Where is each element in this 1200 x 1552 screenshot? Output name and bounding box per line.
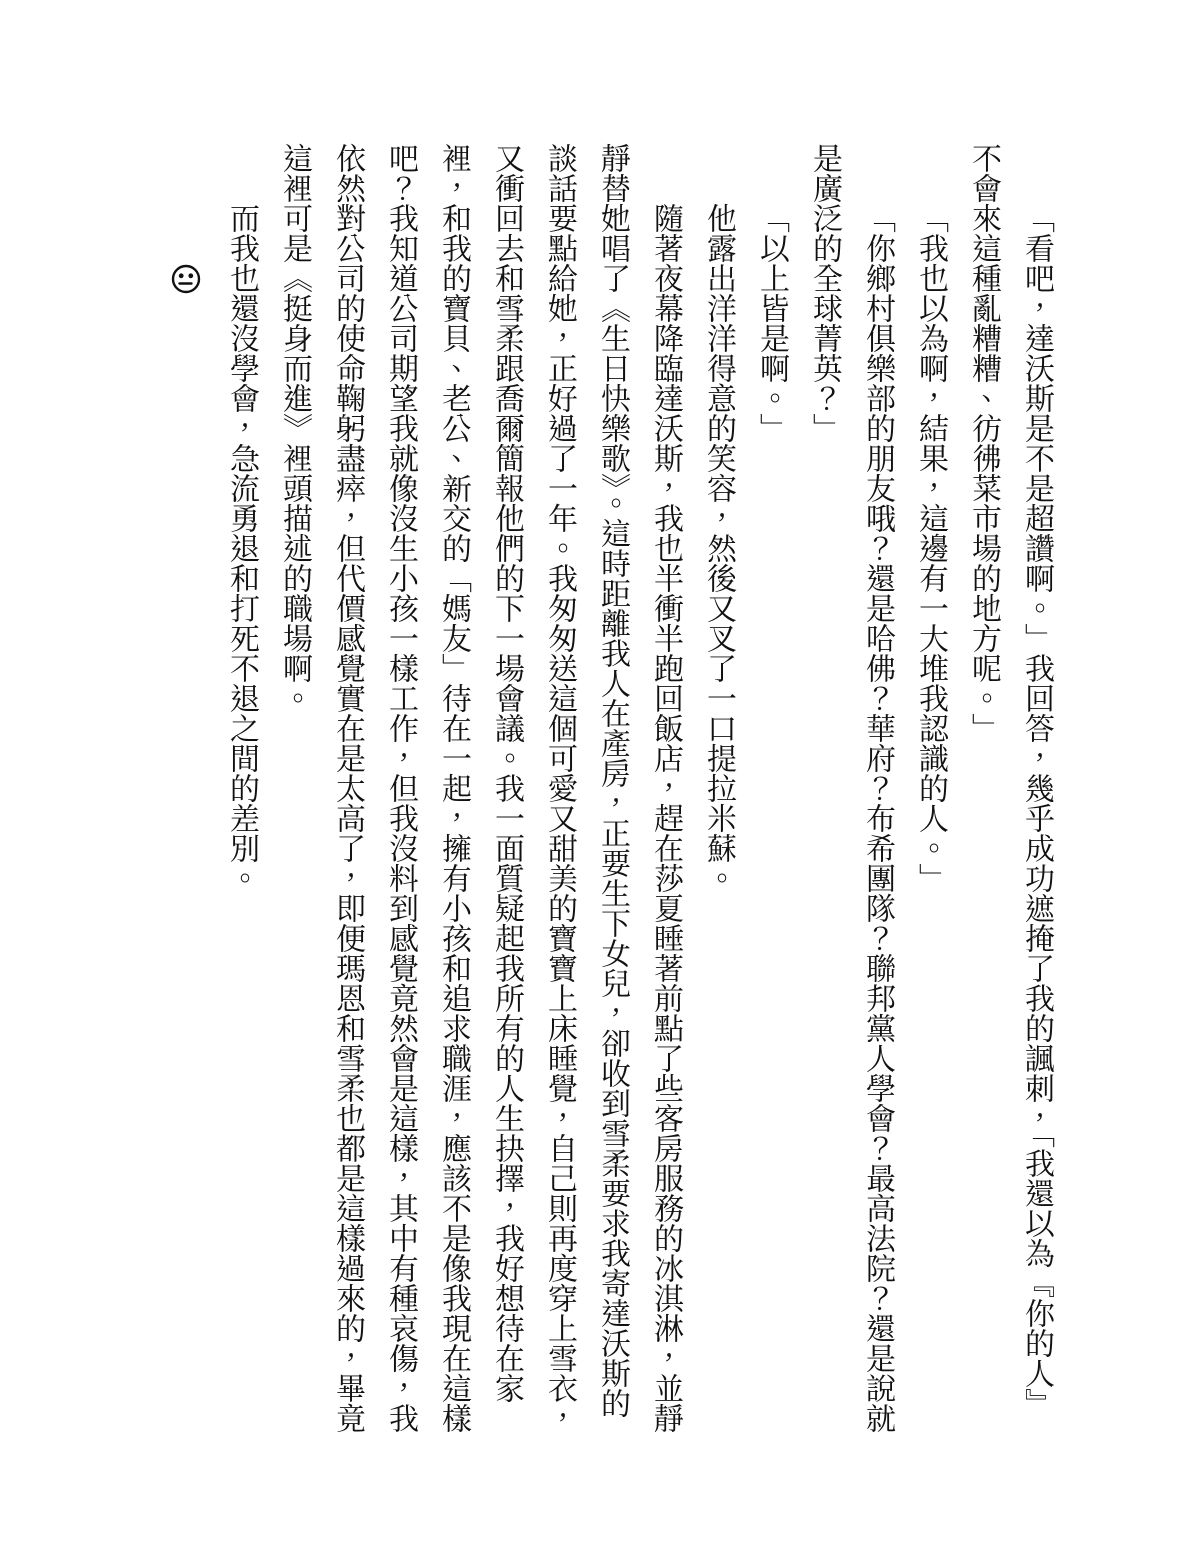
page-text-block: 「看吧，達沃斯是不是超讚啊。」我回答，幾乎成功遮掩了我的諷刺，「我還以為『你的人… xyxy=(162,143,1063,1438)
neutral-face-emoji-icon xyxy=(181,203,213,235)
paragraph-7: 而我也還沒學會，急流勇退和打死不退之間的差別。 xyxy=(215,143,268,1438)
paragraph-2: 「我也以為啊，結果，這邊有一大堆我認識的人。」 xyxy=(904,143,957,1438)
paragraph-4: 「以上皆是啊。」 xyxy=(745,143,798,1438)
paragraph-5: 他露出洋洋得意的笑容，然後又叉了一口提拉米蘇。 xyxy=(692,143,745,1438)
paragraph-3: 「你鄉村俱樂部的朋友哦？還是哈佛？華府？布希團隊？聯邦黨人學會？最高法院？還是說… xyxy=(798,143,904,1438)
book-page: 「看吧，達沃斯是不是超讚啊。」我回答，幾乎成功遮掩了我的諷刺，「我還以為『你的人… xyxy=(0,0,1200,1552)
paragraph-6: 隨著夜幕降臨達沃斯，我也半衝半跑回飯店，趕在莎夏睡著前點了些客房服務的冰淇淋，並… xyxy=(268,143,692,1438)
emoji-paragraph xyxy=(162,143,215,1438)
paragraph-1: 「看吧，達沃斯是不是超讚啊。」我回答，幾乎成功遮掩了我的諷刺，「我還以為『你的人… xyxy=(957,143,1063,1438)
